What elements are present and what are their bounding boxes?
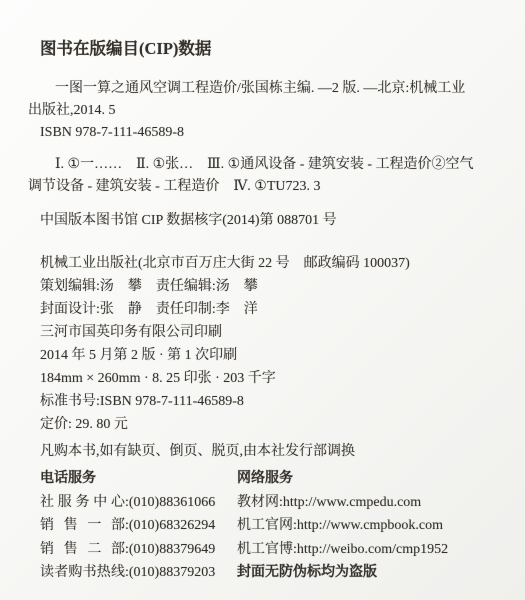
publication-info-block: 机械工业出版社(北京市百万庄大街 22 号 邮政编码 100037) 策划编辑:… bbox=[40, 252, 501, 436]
services-section: 电话服务 社服务中心:(010)88361066 销售一部:(010)68326… bbox=[40, 467, 501, 585]
phone-service-label: 社服务中心 bbox=[40, 491, 125, 515]
network-service-row-cmpbook: 机工官网:http://www.cmpbook.com bbox=[237, 514, 501, 538]
phone-service-number: (010)88379649 bbox=[129, 542, 215, 557]
price-line: 定价: 29. 80 元 bbox=[40, 413, 501, 436]
phone-service-row-hotline: 读者购书热线:(010)88379203 bbox=[40, 561, 237, 585]
standard-book-number: 标准书号:ISBN 978-7-111-46589-8 bbox=[40, 390, 501, 413]
cip-entry-line2: 出版社,2014. 5 bbox=[28, 100, 501, 122]
phone-services-title: 电话服务 bbox=[40, 467, 237, 491]
phone-service-number: (010)68326294 bbox=[129, 518, 215, 533]
phone-service-row-center: 社服务中心:(010)88361066 bbox=[40, 491, 237, 515]
phone-service-number: (010)88361066 bbox=[129, 495, 215, 510]
piracy-warning: 封面无防伪标均为盗版 bbox=[237, 561, 501, 585]
book-copyright-page: 图书在版编目(CIP)数据 一图一算之通风空调工程造价/张国栋主编. —2 版.… bbox=[0, 0, 525, 600]
edition-line: 2014 年 5 月第 2 版 · 第 1 次印刷 bbox=[40, 344, 501, 367]
network-service-row-edu: 教材网:http://www.cmpedu.com bbox=[237, 491, 501, 515]
network-services-column: 网络服务 教材网:http://www.cmpedu.com 机工官网:http… bbox=[237, 467, 501, 585]
printer-line: 三河市国英印务有限公司印刷 bbox=[40, 321, 501, 344]
cip-classification-line2: 调节设备 - 建筑安装 - 工程造价 Ⅳ. ①TU723. 3 bbox=[28, 176, 501, 198]
phone-service-row-sales1: 销售一部:(010)68326294 bbox=[40, 514, 237, 538]
cip-entry-line1: 一图一算之通风空调工程造价/张国栋主编. —2 版. —北京:机械工业 bbox=[40, 78, 501, 100]
cip-classification-line1: Ⅰ. ①一…… Ⅱ. ①张… Ⅲ. ①通风设备 - 建筑安装 - 工程造价②空气 bbox=[40, 154, 501, 176]
phone-service-row-sales2: 销售二部:(010)88379649 bbox=[40, 538, 237, 562]
format-line: 184mm × 260mm · 8. 25 印张 · 203 千字 bbox=[40, 367, 501, 390]
editors-line: 策划编辑:汤 攀 责任编辑:汤 攀 bbox=[40, 275, 501, 298]
phone-service-label: 销售一部 bbox=[40, 514, 125, 538]
network-services-title: 网络服务 bbox=[237, 467, 501, 491]
phone-service-number: (010)88379203 bbox=[129, 565, 215, 580]
isbn-line: ISBN 978-7-111-46589-8 bbox=[40, 122, 501, 144]
design-print-line: 封面设计:张 静 责任印制:李 洋 bbox=[40, 298, 501, 321]
phone-services-column: 电话服务 社服务中心:(010)88361066 销售一部:(010)68326… bbox=[40, 467, 237, 585]
phone-service-label: 读者购书热线 bbox=[40, 561, 125, 585]
publisher-address: 机械工业出版社(北京市百万庄大街 22 号 邮政编码 100037) bbox=[40, 252, 501, 275]
network-service-row-weibo: 机工官博:http://weibo.com/cmp1952 bbox=[237, 538, 501, 562]
replacement-notice: 凡购本书,如有缺页、倒页、脱页,由本社发行部调换 bbox=[40, 441, 501, 463]
phone-service-label: 销售二部 bbox=[40, 538, 125, 562]
cip-heading: 图书在版编目(CIP)数据 bbox=[40, 38, 501, 60]
cip-record-number: 中国版本图书馆 CIP 数据核字(2014)第 088701 号 bbox=[40, 210, 501, 232]
